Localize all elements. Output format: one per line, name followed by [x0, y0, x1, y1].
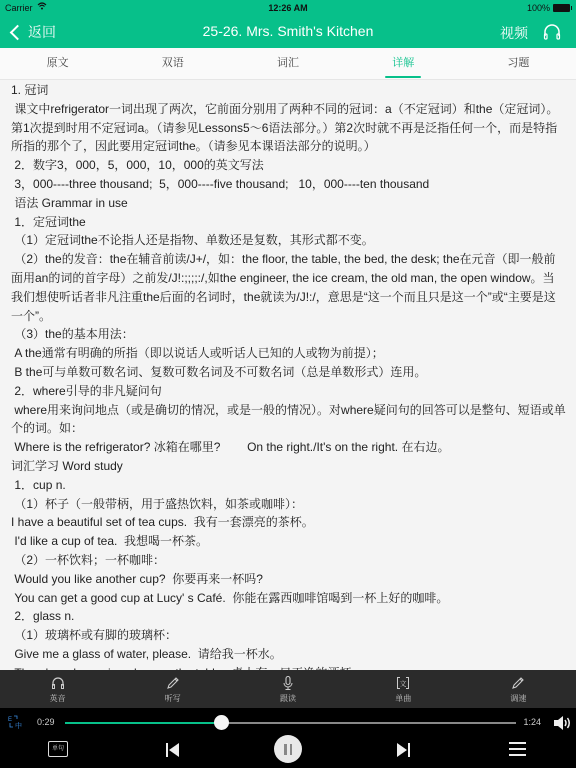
- header: Carrier 12:26 AM 100% 返回 25-26. Mrs. Smi…: [0, 0, 576, 48]
- toolbar-speed[interactable]: 调速: [461, 670, 576, 708]
- content-line: Where is the refrigerator? 冰箱在哪里? On the…: [11, 438, 566, 457]
- content-line: （1）杯子（一般带柄，用于盛热饮料，如茶或咖啡）：: [11, 495, 566, 514]
- content-line: 1. 冠词: [11, 81, 566, 100]
- content-line: （2）一杯饮料；一杯咖啡：: [11, 551, 566, 570]
- content-line: A the通常有明确的所指（即以说话人或听话人已知的人或物为前提）；: [11, 344, 566, 363]
- tab-exercises[interactable]: 习题: [461, 48, 576, 79]
- progress-thumb[interactable]: [214, 715, 229, 730]
- nav-bar: 返回 25-26. Mrs. Smith's Kitchen 视频: [0, 16, 576, 48]
- svg-text:中: 中: [15, 721, 22, 729]
- content-line: 3，000----three thousand; 5，000----five t…: [11, 175, 566, 194]
- pause-button[interactable]: [274, 735, 302, 763]
- previous-track-icon[interactable]: [164, 741, 182, 759]
- content-line: （3）the的基本用法：: [11, 325, 566, 344]
- total-time: 1:24: [523, 717, 541, 727]
- content-line: I'd like a cup of tea. 我想喝一杯茶。: [11, 532, 566, 551]
- content-line: B the可与单数可数名词、复数可数名词及不可数名词（总是单数形式）连用。: [11, 363, 566, 382]
- video-button[interactable]: 视频: [500, 23, 528, 43]
- single-sentence-button[interactable]: 单句: [48, 741, 68, 757]
- content-line: （1）玻璃杯或有脚的玻璃杯：: [11, 626, 566, 645]
- status-bar: Carrier 12:26 AM 100%: [0, 0, 576, 16]
- next-track-icon[interactable]: [394, 741, 412, 759]
- svg-text:E: E: [8, 717, 12, 723]
- bottom-toolbar: 英音 听写 跟读 文 单曲 调速: [0, 670, 576, 708]
- toolbar-label: 单曲: [395, 693, 411, 704]
- explanation-content[interactable]: 1. 冠词 课文中refrigerator一词出现了两次，它前面分别用了两种不同…: [0, 81, 576, 670]
- svg-text:文: 文: [400, 679, 407, 688]
- pencil-icon: [165, 675, 181, 691]
- toolbar-label: 调速: [510, 693, 526, 704]
- headphone-icon: [50, 675, 66, 691]
- volume-icon[interactable]: [552, 714, 572, 732]
- pause-icon-bar: [284, 744, 287, 755]
- progress-fill: [65, 722, 221, 724]
- page-title: 25-26. Mrs. Smith's Kitchen: [0, 23, 576, 39]
- headphone-icon[interactable]: [542, 22, 562, 42]
- content-line: 课文中refrigerator一词出现了两次，它前面分别用了两种不同的冠词：a（…: [11, 100, 566, 156]
- content-line: 2．数字3，000，5，000，10，000的英文写法: [11, 156, 566, 175]
- toolbar-label: 跟读: [280, 693, 296, 704]
- battery-icon: [553, 4, 570, 12]
- current-time: 0:29: [37, 717, 55, 727]
- content-line: 2．glass n.: [11, 607, 566, 626]
- toolbar-read-along[interactable]: 跟读: [230, 670, 345, 708]
- content-line: You can get a good cup at Lucy' s Café. …: [11, 589, 566, 608]
- toolbar-label: 听写: [165, 693, 181, 704]
- battery-percent: 100%: [527, 3, 550, 13]
- pause-icon-bar: [290, 744, 293, 755]
- toolbar-british-accent[interactable]: 英音: [0, 670, 115, 708]
- progress-slider[interactable]: [65, 722, 516, 724]
- content-line: Give me a glass of water, please. 请给我一杯水…: [11, 645, 566, 664]
- tab-explanation[interactable]: 详解: [346, 48, 461, 79]
- content-line: 1．cup n.: [11, 476, 566, 495]
- toolbar-label: 英音: [50, 693, 66, 704]
- tab-original-text[interactable]: 原文: [0, 48, 115, 79]
- toolbar-dictation[interactable]: 听写: [115, 670, 230, 708]
- content-line: 词汇学习 Word study: [11, 457, 566, 476]
- tab-bilingual[interactable]: 双语: [115, 48, 230, 79]
- playlist-menu-icon[interactable]: [509, 742, 527, 758]
- language-toggle-icon[interactable]: E中: [8, 715, 24, 729]
- single-loop-icon: 文: [395, 675, 411, 691]
- status-time: 12:26 AM: [0, 3, 576, 13]
- content-line: where用来询问地点（或是确切的情况，或是一般的情况）。对where疑问句的回…: [11, 401, 566, 439]
- content-line: 语法 Grammar in use: [11, 194, 566, 213]
- content-line: （1）定冠词the不论指人还是指物、单数还是复数，其形式都不变。: [11, 231, 566, 250]
- audio-player: E中 0:29 1:24 单句: [0, 708, 576, 768]
- tab-bar: 原文 双语 词汇 详解 习题: [0, 48, 576, 80]
- content-line: I have a beautiful set of tea cups. 我有一套…: [11, 513, 566, 532]
- pencil-icon: [510, 675, 526, 691]
- tab-vocabulary[interactable]: 词汇: [230, 48, 345, 79]
- toolbar-single-loop[interactable]: 文 单曲: [346, 670, 461, 708]
- content-line: 2．where引导的非凡疑问句: [11, 382, 566, 401]
- app-root: Carrier 12:26 AM 100% 返回 25-26. Mrs. Smi…: [0, 0, 576, 768]
- content-line: （2）the的发音：the在辅音前读/J+/，如：the floor, the …: [11, 250, 566, 325]
- content-line: Would you like another cup? 你要再来一杯吗?: [11, 570, 566, 589]
- microphone-icon: [280, 675, 296, 691]
- content-line: 1．定冠词the: [11, 213, 566, 232]
